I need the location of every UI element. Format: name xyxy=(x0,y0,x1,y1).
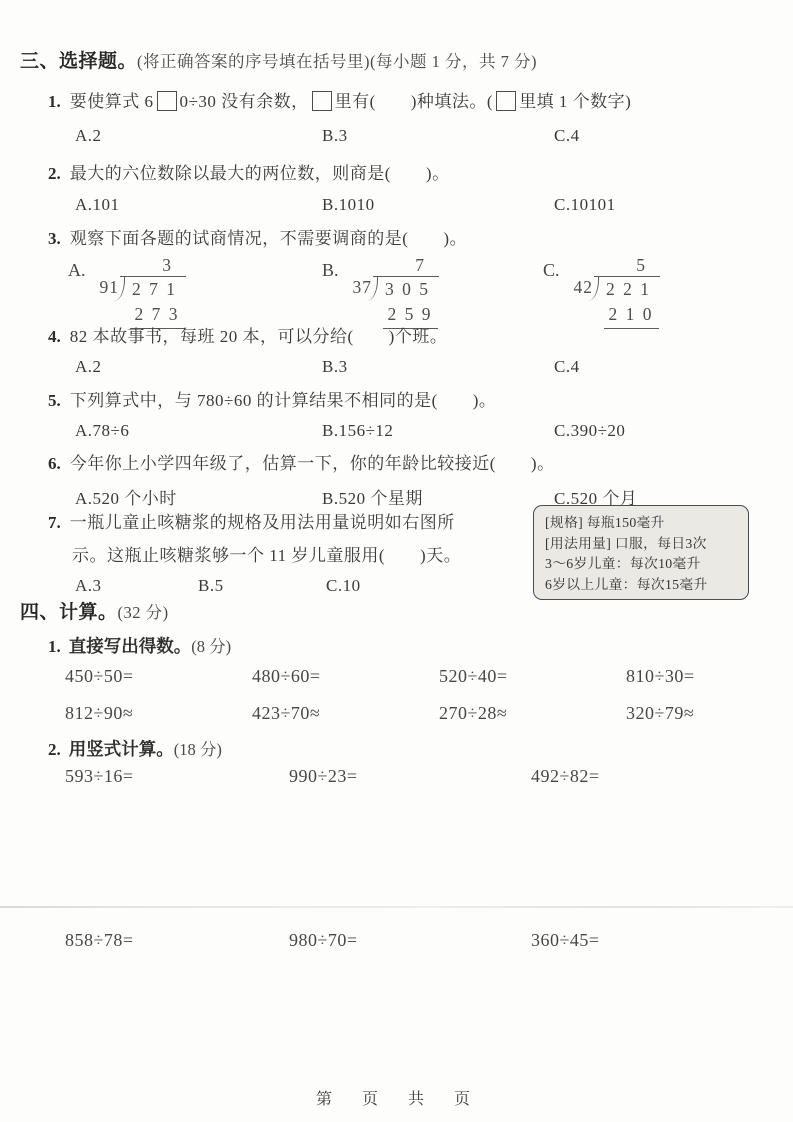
calc-sub2-heading: 2.用竖式计算。(18 分) xyxy=(48,737,222,762)
option-b: B.5 xyxy=(198,576,326,596)
medicine-label-box: [规格] 每瓶150毫升 [用法用量] 口服，每日3次 3～6岁儿童：每次10毫… xyxy=(533,505,749,600)
option-c: C.390÷20 xyxy=(554,421,625,441)
question-1-options: A.2 B.3 C.4 xyxy=(75,126,580,146)
calc-expression: 480÷60= xyxy=(252,666,439,687)
label-usage: [用法用量] 口服，每日3次 xyxy=(545,534,739,555)
question-number: 4. xyxy=(48,327,61,346)
calc-sub1-heading: 1.直接写出得数。(8 分) xyxy=(48,634,231,659)
question-2: 2.最大的六位数除以最大的两位数，则商是( )。 xyxy=(48,162,450,186)
answer-blank-box xyxy=(496,91,516,111)
mental-calc-row-1: 450÷50= 480÷60= 520÷40= 810÷30= xyxy=(65,666,695,687)
option-label: B. xyxy=(322,260,339,281)
option-a: A.101 xyxy=(75,195,322,215)
calc-expression: 980÷70= xyxy=(289,930,531,951)
product: 2 1 0 xyxy=(604,304,659,329)
quotient: 5 xyxy=(594,254,660,276)
calc-expression: 990÷23= xyxy=(289,766,531,787)
question-7-line1: 7.一瓶儿童止咳糖浆的规格及用法用量说明如右图所 xyxy=(48,511,455,535)
option-a: A.3 xyxy=(75,576,198,596)
long-division: 91 3 2 7 1 2 7 3 xyxy=(100,254,187,329)
page-footer: 第 页 共 页 xyxy=(0,1086,793,1109)
question-5-options: A.78÷6 B.156÷12 C.390÷20 xyxy=(75,421,625,441)
option-c: C.4 xyxy=(554,357,580,377)
section-note: (32 分) xyxy=(118,603,169,622)
calc-expression: 450÷50= xyxy=(65,666,252,687)
dividend: 2 2 1 xyxy=(594,276,660,304)
vertical-calc-row-2: 858÷78= 980÷70= 360÷45= xyxy=(65,930,600,951)
option-label: A. xyxy=(68,260,86,281)
long-division-option-b: B. 37 7 3 0 5 2 5 9 xyxy=(322,254,439,329)
option-b: B.156÷12 xyxy=(322,421,554,441)
question-2-options: A.101 B.1010 C.10101 xyxy=(75,195,616,215)
question-number: 2. xyxy=(48,164,61,183)
label-dose-young: 3～6岁儿童：每次10毫升 xyxy=(545,554,739,575)
question-6: 6.今年你上小学四年级了，估算一下，你的年龄比较接近( )。 xyxy=(48,452,555,476)
calc-expression: 812÷90≈ xyxy=(65,703,252,724)
question-1: 1.要使算式 60÷30 没有余数，里有( )种填法。(里填 1 个数字) xyxy=(48,90,631,114)
answer-blank-box xyxy=(312,91,332,111)
calc-expression: 492÷82= xyxy=(531,766,600,787)
section-calc-heading: 四、计算。(32 分) xyxy=(20,601,169,625)
calc-expression: 520÷40= xyxy=(439,666,626,687)
section-choice-heading: 三、选择题。(将正确答案的序号填在括号里)(每小题 1 分，共 7 分) xyxy=(20,50,537,74)
question-number: 6. xyxy=(48,454,61,473)
option-c: C.10101 xyxy=(554,195,616,215)
calc-expression: 423÷70≈ xyxy=(252,703,439,724)
option-b: B.3 xyxy=(322,126,554,146)
long-division: 37 7 3 0 5 2 5 9 xyxy=(353,254,440,329)
quotient: 7 xyxy=(373,254,439,276)
calc-expression: 360÷45= xyxy=(531,930,600,951)
option-a: A.520 个小时 xyxy=(75,484,322,509)
question-3: 3.观察下面各题的试商情况，不需要调商的是( )。 xyxy=(48,227,467,251)
calc-expression: 320÷79≈ xyxy=(626,703,694,724)
long-division-option-c: C. 42 5 2 2 1 2 1 0 xyxy=(543,254,660,329)
vertical-calc-row-1: 593÷16= 990÷23= 492÷82= xyxy=(65,766,600,787)
section-note: (将正确答案的序号填在括号里)(每小题 1 分，共 7 分) xyxy=(137,52,537,71)
question-number: 7. xyxy=(48,513,61,532)
page-divider-line xyxy=(0,906,793,908)
long-division-option-a: A. 91 3 2 7 1 2 7 3 xyxy=(68,254,186,329)
question-number: 3. xyxy=(48,229,61,248)
answer-blank-box xyxy=(157,91,177,111)
question-number: 1. xyxy=(48,92,61,111)
question-number: 5. xyxy=(48,391,61,410)
calc-expression: 593÷16= xyxy=(65,766,289,787)
question-5: 5.下列算式中，与 780÷60 的计算结果不相同的是( )。 xyxy=(48,389,496,413)
dividend: 3 0 5 xyxy=(373,276,439,304)
label-spec: [规格] 每瓶150毫升 xyxy=(545,513,739,534)
option-c: C.4 xyxy=(554,126,580,146)
option-b: B.520 个星期 xyxy=(322,484,554,509)
dividend: 2 7 1 xyxy=(120,276,186,304)
option-label: C. xyxy=(543,260,560,281)
question-7-line2: 示。这瓶止咳糖浆够一个 11 岁儿童服用( )天。 xyxy=(72,544,461,568)
calc-expression: 810÷30= xyxy=(626,666,695,687)
option-c: C.10 xyxy=(326,576,361,596)
option-a: A.2 xyxy=(75,126,322,146)
long-division: 42 5 2 2 1 2 1 0 xyxy=(574,254,661,329)
section-title: 四、计算。 xyxy=(20,602,118,623)
mental-calc-row-2: 812÷90≈ 423÷70≈ 270÷28≈ 320÷79≈ xyxy=(65,703,694,724)
question-7-options: A.3 B.5 C.10 xyxy=(75,576,361,596)
question-4: 4.82 本故事书，每班 20 本，可以分给( )个班。 xyxy=(48,325,447,349)
calc-expression: 270÷28≈ xyxy=(439,703,626,724)
calc-expression: 858÷78= xyxy=(65,930,289,951)
quotient: 3 xyxy=(120,254,186,276)
option-a: A.2 xyxy=(75,357,322,377)
option-b: B.3 xyxy=(322,357,554,377)
label-dose-older: 6岁以上儿童：每次15毫升 xyxy=(545,575,739,596)
worksheet-page: 三、选择题。(将正确答案的序号填在括号里)(每小题 1 分，共 7 分) 1.要… xyxy=(0,0,793,1122)
option-b: B.1010 xyxy=(322,195,554,215)
section-title: 三、选择题。 xyxy=(20,51,137,72)
option-a: A.78÷6 xyxy=(75,421,322,441)
question-4-options: A.2 B.3 C.4 xyxy=(75,357,580,377)
